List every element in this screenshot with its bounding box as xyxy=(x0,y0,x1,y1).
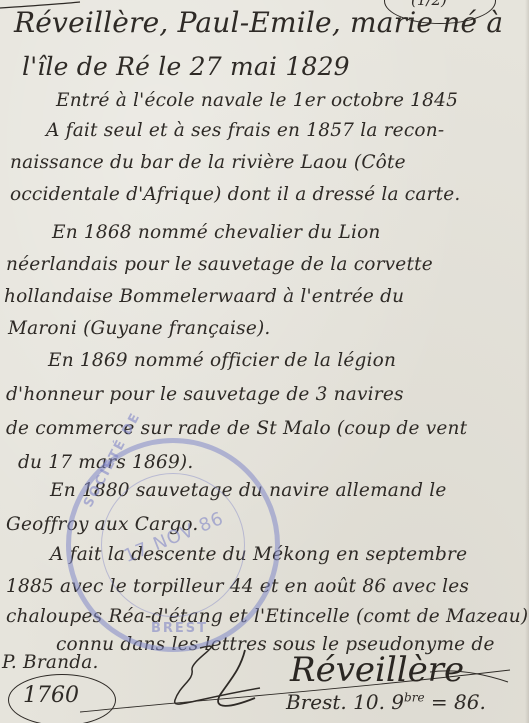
body-line: néerlandais pour le sauvetage de la corv… xyxy=(6,254,433,275)
body-line: Entré à l'école navale le 1er octobre 18… xyxy=(56,90,458,111)
body-line: d'honneur pour le sauvetage de 3 navires xyxy=(6,384,404,405)
body-line: occidentale d'Afrique) dont il a dressé … xyxy=(10,184,460,205)
date-month: 9 xyxy=(391,690,404,714)
place-and-date: Brest. 10. 9bre = 86. xyxy=(286,690,486,714)
body-line: 1885 avec le torpilleur 44 et en août 86… xyxy=(6,576,469,597)
body-line: hollandaise Bommelerwaard à l'entrée du xyxy=(4,286,404,307)
body-line: En 1869 nommé officier de la légion xyxy=(48,350,396,371)
date-year: = 86. xyxy=(431,690,486,714)
page-edge-shadow xyxy=(525,0,529,723)
body-line: En 1868 nommé chevalier du Lion xyxy=(52,222,381,243)
body-line: A fait seul et à ses frais en 1857 la re… xyxy=(46,120,444,141)
pseudonym: P. Branda. xyxy=(2,652,99,673)
body-line: Geoffroy aux Cargo. xyxy=(6,514,199,535)
date-day: 10. xyxy=(353,690,385,714)
archive-number-oval: 1760 xyxy=(8,674,116,723)
document-page: (1/2) Réveillère, Paul-Emile, marie né à… xyxy=(0,0,529,723)
body-line: A fait la descente du Mékong en septembr… xyxy=(50,544,467,565)
body-line: de commerce sur rade de St Malo (coup de… xyxy=(6,418,467,439)
body-line: naissance du bar de la rivière Laou (Côt… xyxy=(10,152,406,173)
title-line-1: Réveillère, Paul-Emile, marie né à xyxy=(14,6,503,39)
body-line: Maroni (Guyane française). xyxy=(8,318,270,339)
body-line: du 17 mars 1869). xyxy=(18,452,193,473)
archive-number: 1760 xyxy=(23,683,79,708)
body-line: En 1880 sauvetage du navire allemand le xyxy=(50,480,447,501)
title-line-2: l'île de Ré le 27 mai 1829 xyxy=(22,52,350,81)
place: Brest. xyxy=(286,690,347,714)
body-line: chaloupes Réa-d'étang et l'Etincelle (co… xyxy=(6,606,528,627)
date-month-suffix: bre xyxy=(404,690,425,704)
author-signature: Réveillère xyxy=(290,650,464,690)
